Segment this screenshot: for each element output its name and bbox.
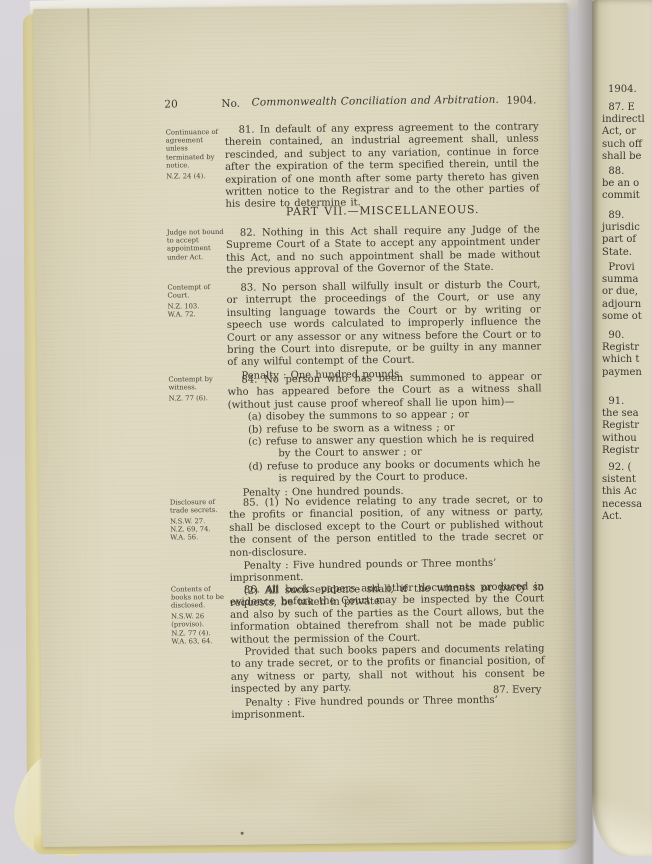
- section-84: 84. No person who has been summoned to a…: [227, 371, 542, 500]
- page-number: 20: [164, 98, 178, 110]
- margin-note-label: Contents of books not to be disclosed.: [171, 585, 228, 610]
- page-crease: [87, 8, 91, 168]
- catchword: 87. Every: [493, 684, 542, 696]
- section-86-text: 86. All books papers and other documents…: [230, 581, 545, 647]
- margin-note-label: Contempt of Court.: [167, 283, 224, 300]
- margin-note-judge: Judge not bound to accept appointment un…: [167, 228, 224, 261]
- part-vii-heading: PART VII.—MISCELLANEOUS.: [226, 203, 540, 219]
- next-page-fragment-89: 89. jurisdic part of State.: [602, 210, 640, 259]
- margin-note-label: Continuance of agreement unless terminat…: [166, 128, 223, 170]
- next-page-fragment-91: 91. the sea Registr withou Registr: [602, 396, 639, 457]
- margin-note-contempt-court: Contempt of Court. N.Z. 103. W.A. 72.: [167, 283, 224, 319]
- next-page: 1904. 87. E indirectl Act, or such off s…: [592, 0, 652, 856]
- margin-note-books: Contents of books not to be disclosed. N…: [171, 585, 229, 646]
- margin-note-refs: N.Z. 24 (4).: [166, 171, 223, 180]
- next-page-fragment-88: 88. be an o commit: [602, 166, 640, 203]
- margin-note-label: Contempt by witness.: [168, 375, 225, 392]
- next-page-fragment-92: 92. ( sistent this Ac necessa Act.: [602, 462, 642, 523]
- section-85-text: 85. (1) No evidence relating to any trad…: [229, 494, 544, 560]
- main-page: 20 No. Commonwealth Conciliation and Arb…: [33, 3, 576, 847]
- next-page-year: 1904.: [608, 84, 637, 95]
- next-page-fragment-proviso: Provi summa or due, adjourn some ot: [602, 262, 642, 323]
- section-84-intro: 84. No person who has been summoned to a…: [227, 371, 541, 412]
- section-82-text: 82. Nothing in this Act shall require an…: [226, 224, 541, 277]
- gutter-shadow: [558, 0, 594, 864]
- margin-note-refs: N.Z. 103. W.A. 72.: [168, 302, 225, 319]
- margin-note-label: Judge not bound to accept appointment un…: [167, 228, 224, 261]
- margin-note-refs: N.Z. 77 (6).: [169, 394, 226, 403]
- section-84-item-c: (c) refuse to answer any question which …: [228, 433, 542, 461]
- section-83: 83. No person shall wilfully insult or d…: [226, 279, 541, 383]
- section-81-text: 81. In default of any express agreement …: [225, 121, 540, 211]
- running-title: Commonwealth Conciliation and Arbitratio…: [234, 94, 516, 109]
- margin-note-continuance: Continuance of agreement unless terminat…: [166, 128, 224, 180]
- section-86: 86. All books papers and other documents…: [230, 581, 546, 722]
- next-page-fragment-90: 90. Registr which t paymen: [602, 330, 642, 379]
- margin-note-refs: N.S.W. 27. N.Z. 69, 74. W.A. 56.: [170, 517, 227, 542]
- section-82: 82. Nothing in this Act shall require an…: [226, 224, 541, 277]
- paper-stain: [277, 769, 448, 833]
- margin-note-label: Disclosure of trade secrets.: [170, 498, 227, 515]
- section-81: 81. In default of any express agreement …: [225, 121, 540, 211]
- ink-speck: [241, 832, 244, 835]
- next-page-fragment-87: 87. E indirectl Act, or such off shall b…: [602, 102, 645, 163]
- section-83-text: 83. No person shall wilfully insult or d…: [226, 279, 541, 369]
- margin-note-refs: N.S.W. 26 (proviso). N.Z. 77 (4). W.A. 6…: [171, 612, 228, 645]
- margin-note-contempt-witness: Contempt by witness. N.Z. 77 (6).: [168, 375, 225, 403]
- margin-note-trade-secrets: Disclosure of trade secrets. N.S.W. 27. …: [170, 498, 227, 542]
- section-84-item-d: (d) refuse to produce any books or docum…: [228, 458, 542, 486]
- section-86-penalty: Penalty : Five hundred pounds or Three m…: [231, 694, 545, 722]
- year-label: 1904.: [506, 94, 536, 106]
